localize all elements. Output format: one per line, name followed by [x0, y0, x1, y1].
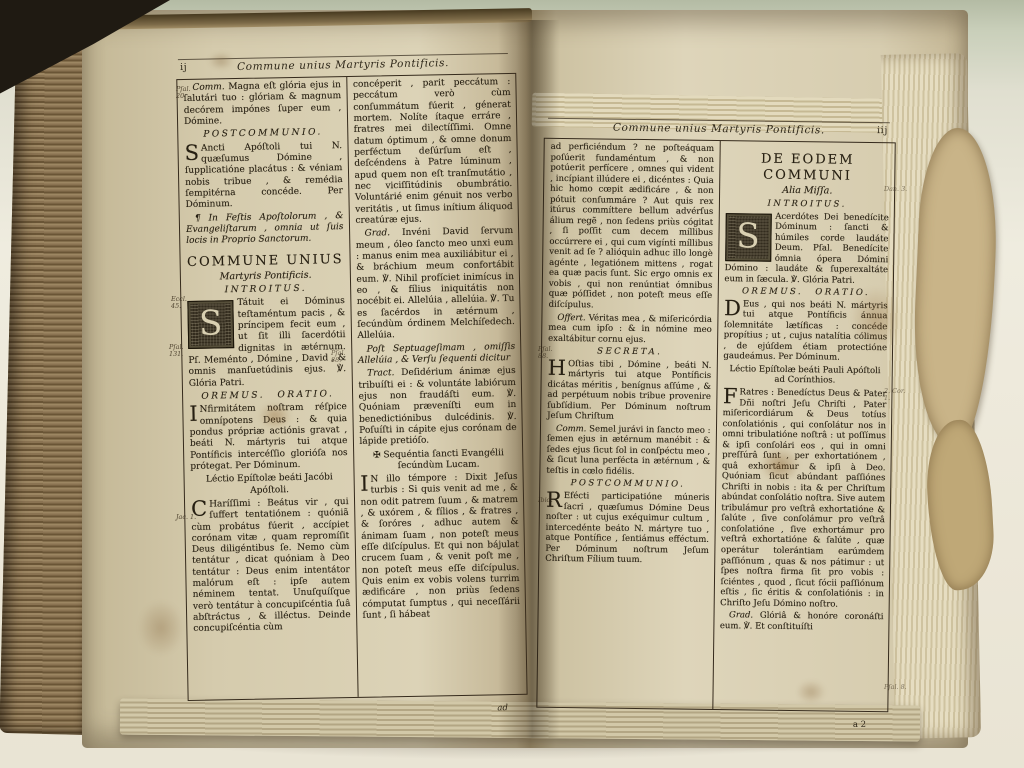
offertory-lead: Offert.	[557, 312, 585, 322]
rubric-note: ¶ In Feſtis Apoſtolorum , & Evangeliſtar…	[186, 211, 344, 248]
communio-antiphon: Comm. Magna eſt glória ejus in ſalutári …	[183, 80, 341, 128]
signature-mark: a 2	[853, 720, 866, 730]
secreta-heading: SECRETA.	[548, 346, 712, 359]
running-title-text: Commune unius Martyris Pontificis.	[613, 122, 825, 137]
postcommunio-prayer: SAncti Apóſtoli tui N. quæſumus Dómine ,…	[184, 141, 343, 212]
communio-lead: Comm.	[556, 424, 587, 434]
introitus-heading: INTROITUS.	[187, 283, 345, 297]
drop-cap-F: F	[723, 388, 738, 404]
margin-note: Pſal. 88.	[538, 346, 564, 361]
gradual: Grad. Glóriâ & honóre coronáſti eum. ℣. …	[720, 610, 884, 633]
left-column-2: concéperit , parit peccátum : peccátum v…	[346, 74, 527, 697]
lectio-heading: Léctio Epíſtolæ beáti Pauli Apóſtoli ad …	[723, 364, 887, 387]
margin-note: Eccl. 45.	[171, 296, 197, 311]
oremus-oratio-heading: OREMUS. ORATIO.	[724, 286, 888, 299]
running-title-text: Commune unius Martyris Pontificis.	[237, 57, 449, 73]
tract-lead: Tract.	[367, 368, 394, 378]
right-text-frame: ad perficiéndum ? ne poſteáquam poſúerit…	[536, 138, 895, 713]
martyris-pontificis-subtitle: Martyris Pontificis.	[187, 269, 345, 284]
left-folio-number: ij	[180, 62, 187, 73]
de-eodem-communi-title: DE EODEM COMMUNI	[726, 151, 890, 185]
drop-cap-I: I	[360, 476, 369, 492]
oremus-oratio-heading: OREMUS. ORATIO.	[189, 389, 347, 403]
postcommunio-prayer: REfécti participatióne múneris ſacri , q…	[545, 491, 709, 567]
left-text-frame: Comm. Magna eſt glória ejus in ſalutári …	[176, 73, 527, 701]
gradual: Grad. Invéni David ſervum meum , óleo ſa…	[356, 226, 516, 342]
epistle-continuation: concéperit , parit peccátum : peccátum v…	[353, 77, 513, 227]
gospel-heading: ✠ Sequéntia ſancti Evangélii ſecúndùm Lu…	[360, 447, 518, 473]
drop-cap-I: I	[189, 406, 198, 422]
communio-antiphon: Comm. Semel jurávi in ſancto meo : ſemen…	[546, 424, 710, 479]
margin-note: 2. Cor. 1.	[884, 388, 910, 403]
drop-cap-D: D	[724, 300, 741, 316]
lectio-heading: Léctio Epíſtolæ beáti Jacóbi Apóſtoli.	[191, 472, 349, 498]
right-column-1: ad perficiéndum ? ne poſteáquam poſúerit…	[537, 139, 719, 709]
postcommunio-heading: POSTCOMMUNIO.	[546, 478, 710, 491]
margin-note: Jac. 1.	[176, 514, 202, 521]
margin-note: Ibid.	[538, 497, 564, 504]
margin-note: Pſal. 20.	[176, 86, 202, 101]
right-page: Commune unius Martyris Pontificis. iij a…	[524, 118, 906, 739]
photo-of-open-missal: ij Commune unius Martyris Pontificis. Co…	[0, 0, 1024, 768]
drop-cap-S: S	[184, 144, 199, 160]
offertory: Offert. Véritas mea , & miſericórdia mea…	[548, 312, 712, 346]
gradual-lead: Grad.	[365, 228, 391, 238]
drop-cap-H: H	[548, 359, 567, 375]
margin-note: Pſal. 8.	[884, 684, 910, 691]
secreta-prayer: HOſtias tibi , Dómine , beáti N. mártyri…	[547, 358, 711, 423]
gospel-continuation: ad perficiéndum ? ne poſteáquam poſúerit…	[549, 142, 715, 313]
gradual-lead: Grad.	[729, 610, 753, 620]
septuagesima-rubric: Poſt Septuageſimam , omiſſis Allelúia , …	[358, 341, 516, 367]
margin-note: Pſal. 131.	[169, 344, 195, 359]
right-column-2: DE EODEM COMMUNI Alia Miſſa. INTROITUS. …	[712, 141, 895, 711]
left-column-1: Comm. Magna eſt glória ejus in ſalutári …	[177, 77, 357, 700]
margin-note: Pſal. 88.	[331, 350, 357, 365]
introit-text: STátuit ei Dóminus teſtaméntum pacis , &…	[187, 296, 346, 389]
alia-missa-subtitle: Alia Miſſa.	[726, 184, 890, 198]
margin-note: Dan. 3.	[884, 186, 910, 193]
left-page: ij Commune unius Martyris Pontificis. Co…	[162, 53, 536, 728]
postcommunio-heading: POSTCOMMUNIO.	[184, 127, 342, 141]
woodcut-initial-S: S	[725, 213, 772, 262]
epistle-text: CHaríſſimi : Beátus vir , qui ſuffert te…	[191, 497, 351, 636]
commune-unius-title: COMMUNE UNIUS	[186, 252, 344, 271]
epistle-text: FRatres : Benedíctus Deus & Pater Dñi no…	[720, 387, 886, 610]
oratio-prayer: DEus , qui nos beáti N. mártyris tui atq…	[723, 299, 887, 364]
gospel-text: IN illo témpore : Dixit Jeſus turbis : S…	[360, 472, 520, 622]
introitus-heading: INTROITUS.	[725, 198, 889, 211]
oratio-prayer: INfirmitátem noſtram réſpice omnípotens …	[189, 402, 348, 473]
catchword: ad	[497, 703, 508, 713]
right-folio-number: iij	[877, 125, 888, 136]
tract: Tract. Deſidérium ánimæ ejus tribuíſti e…	[358, 366, 517, 448]
introit-text: SAcerdótes Dei benedícite Dóminum : ſanc…	[724, 211, 888, 287]
